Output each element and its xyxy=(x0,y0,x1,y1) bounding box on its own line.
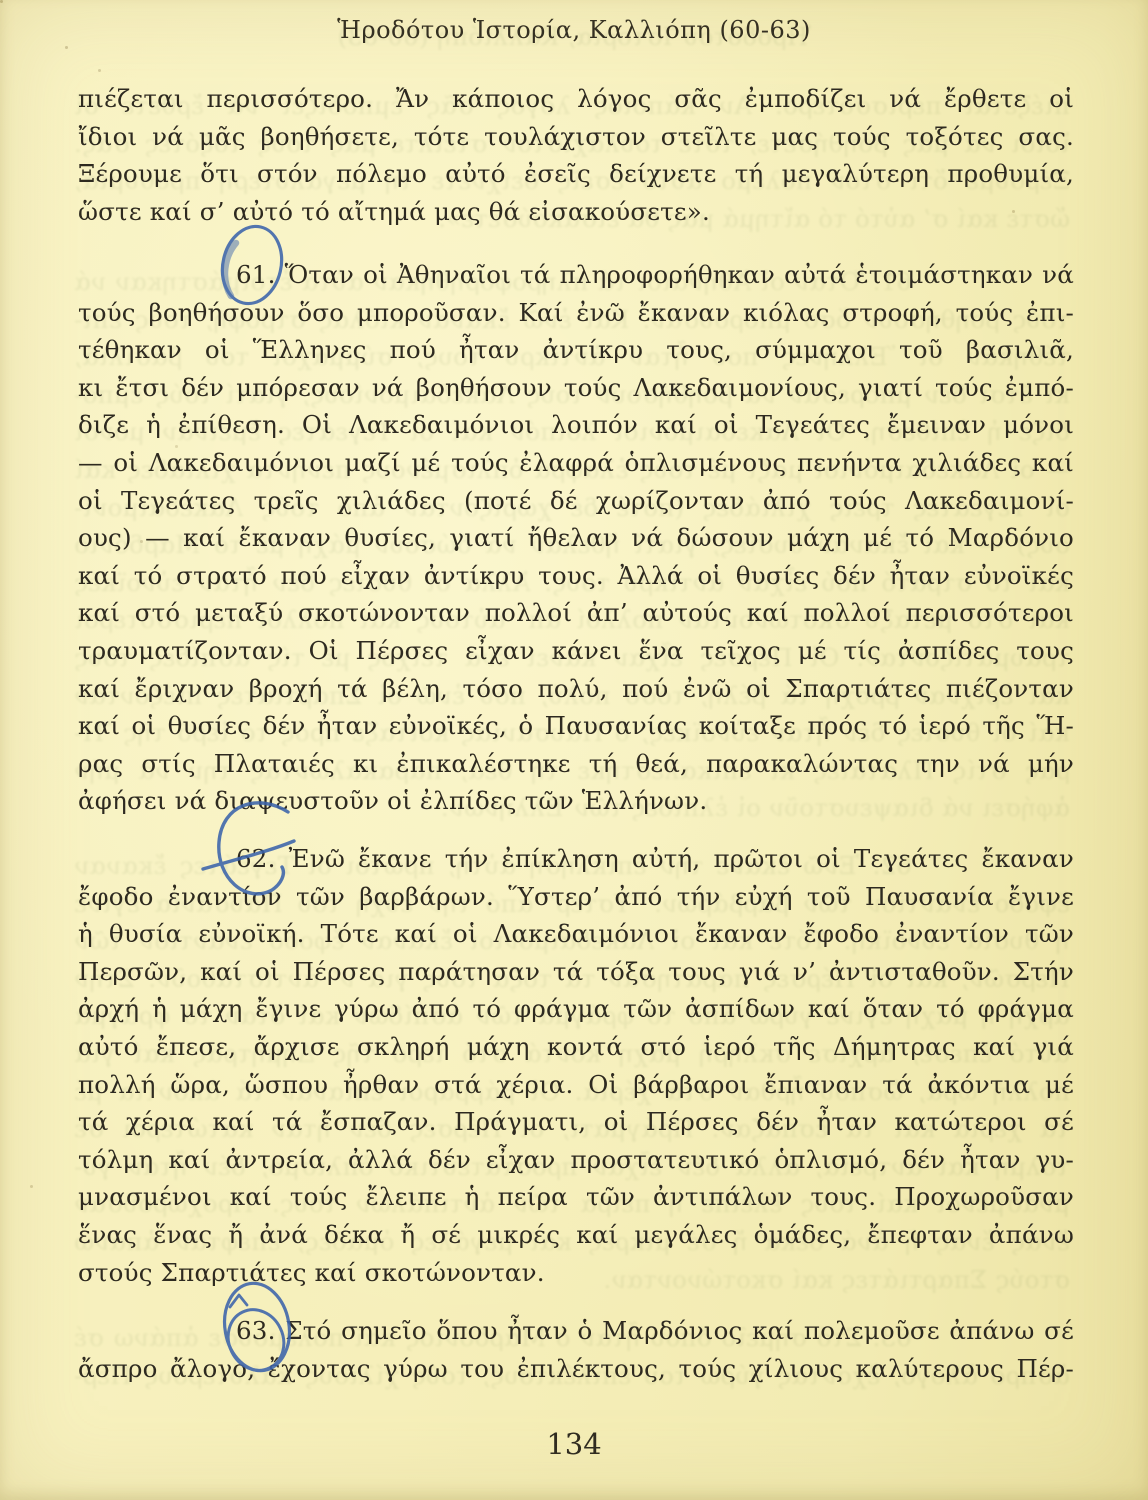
paragraph-section-62: 62. Ἐνῶ ἔκανε τήν ἐπίκληση αὐτή, πρῶτοι … xyxy=(78,840,1074,1291)
text-block: πιέζεται περισσότερο. Ἄν κάποιος λόγος σ… xyxy=(0,0,1148,1500)
text-line: καί τό στρατό πού εἶχαν ἀντίκρυ τους. Ἀλ… xyxy=(78,557,1074,595)
text-line: διζε ἡ ἐπίθεση. Οἱ Λακεδαιμόνιοι λοιπόν … xyxy=(78,406,1074,444)
text-line: οἱ Τεγεάτες τρεῖς χιλιάδες (ποτέ δέ χωρί… xyxy=(78,482,1074,520)
text-line: πολλή ὥρα, ὥσπου ἦρθαν στά χέρια. Οἱ βάρ… xyxy=(78,1066,1074,1104)
text-line: κι ἔτσι δέν μπόρεσαν νά βοηθήσουν τούς Λ… xyxy=(78,369,1074,407)
text-line: ἔφοδο ἐναντίον τῶν βαρβάρων. Ὕστερ’ ἀπό … xyxy=(78,878,1074,916)
text-line: στούς Σπαρτιάτες καί σκοτώνονταν. xyxy=(78,1254,1074,1292)
text-line: τά χέρια καί τά ἔσπαζαν. Πράγματι, οἱ Πέ… xyxy=(78,1103,1074,1141)
text-line: τέθηκαν οἱ Ἕλληνες πού ἦταν ἀντίκρυ τους… xyxy=(78,331,1074,369)
paragraph-section-61: 61. Ὅταν οἱ Ἀθηναῖοι τά πληροφορήθηκαν α… xyxy=(78,256,1074,820)
text-line: 63. Στό σημεῖο ὅπου ἦταν ὁ Μαρδόνιος καί… xyxy=(78,1312,1074,1350)
text-line: ἀφήσει νά διαψευστοῦν οἱ ἐλπίδες τῶν Ἑλλ… xyxy=(78,782,1074,820)
paragraph-continuation-60: πιέζεται περισσότερο. Ἄν κάποιος λόγος σ… xyxy=(78,80,1074,230)
text-line: τόλμη καί ἀντρεία, ἀλλά δέν εἶχαν προστα… xyxy=(78,1141,1074,1179)
text-line: καί οἱ θυσίες δέν ἦταν εὐνοϊκές, ὁ Παυσα… xyxy=(78,707,1074,745)
text-line: μνασμένοι καί τούς ἔλειπε ἡ πείρα τῶν ἀν… xyxy=(78,1178,1074,1216)
paragraph-section-63: 63. Στό σημεῖο ὅπου ἦταν ὁ Μαρδόνιος καί… xyxy=(78,1312,1074,1387)
text-line: ὥστε καί σ’ αὐτό τό αἴτημά μας θά εἰσακο… xyxy=(78,193,1074,231)
text-line: καί στό μεταξύ σκοτώνονταν πολλοί ἀπ’ αὐ… xyxy=(78,594,1074,632)
text-line: Ξέρουμε ὅτι στόν πόλεμο αὐτό ἐσεῖς δείχν… xyxy=(78,155,1074,193)
text-line: καί ἔριχναν βροχή τά βέλη, τόσο πολύ, πο… xyxy=(78,670,1074,708)
text-line: τραυματίζονταν. Οἱ Πέρσες εἶχαν κάνει ἕν… xyxy=(78,632,1074,670)
text-line: 62. Ἐνῶ ἔκανε τήν ἐπίκληση αὐτή, πρῶτοι … xyxy=(78,840,1074,878)
text-line: ρας στίς Πλαταιές κι ἐπικαλέστηκε τή θεά… xyxy=(78,745,1074,783)
text-line: ἕνας ἕνας ἤ ἀνά δέκα ἤ σέ μικρές καί μεγ… xyxy=(78,1216,1074,1254)
text-line: πιέζεται περισσότερο. Ἄν κάποιος λόγος σ… xyxy=(78,80,1074,118)
text-line: 61. Ὅταν οἱ Ἀθηναῖοι τά πληροφορήθηκαν α… xyxy=(78,256,1074,294)
text-line: αὐτό ἔπεσε, ἄρχισε σκληρή μάχη κοντά στό… xyxy=(78,1028,1074,1066)
text-line: ους) — καί ἔκαναν θυσίες, γιατί ἤθελαν ν… xyxy=(78,519,1074,557)
text-line: τούς βοηθήσουν ὅσο μποροῦσαν. Καί ἐνῶ ἔκ… xyxy=(78,294,1074,332)
text-line: — οἱ Λακεδαιμόνιοι μαζί μέ τούς ἐλαφρά ὁ… xyxy=(78,444,1074,482)
text-line: ἄσπρο ἄλογο, ἔχοντας γύρω του ἐπιλέκτους… xyxy=(78,1350,1074,1388)
book-page: πιέζεται περισσότερο. Ἄν κάποιος λόγος σ… xyxy=(0,0,1148,1500)
text-line: Περσῶν, καί οἱ Πέρσες παράτησαν τά τόξα … xyxy=(78,953,1074,991)
page-number: 134 xyxy=(0,1424,1148,1464)
text-line: ἡ θυσία εὐνοϊκή. Τότε καί οἱ Λακεδαιμόνι… xyxy=(78,915,1074,953)
text-line: ἴδιοι νά μᾶς βοηθήσετε, τότε τουλάχιστον… xyxy=(78,118,1074,156)
text-line: ἀρχή ἡ μάχη ἔγινε γύρω ἀπό τό φράγμα τῶν… xyxy=(78,990,1074,1028)
